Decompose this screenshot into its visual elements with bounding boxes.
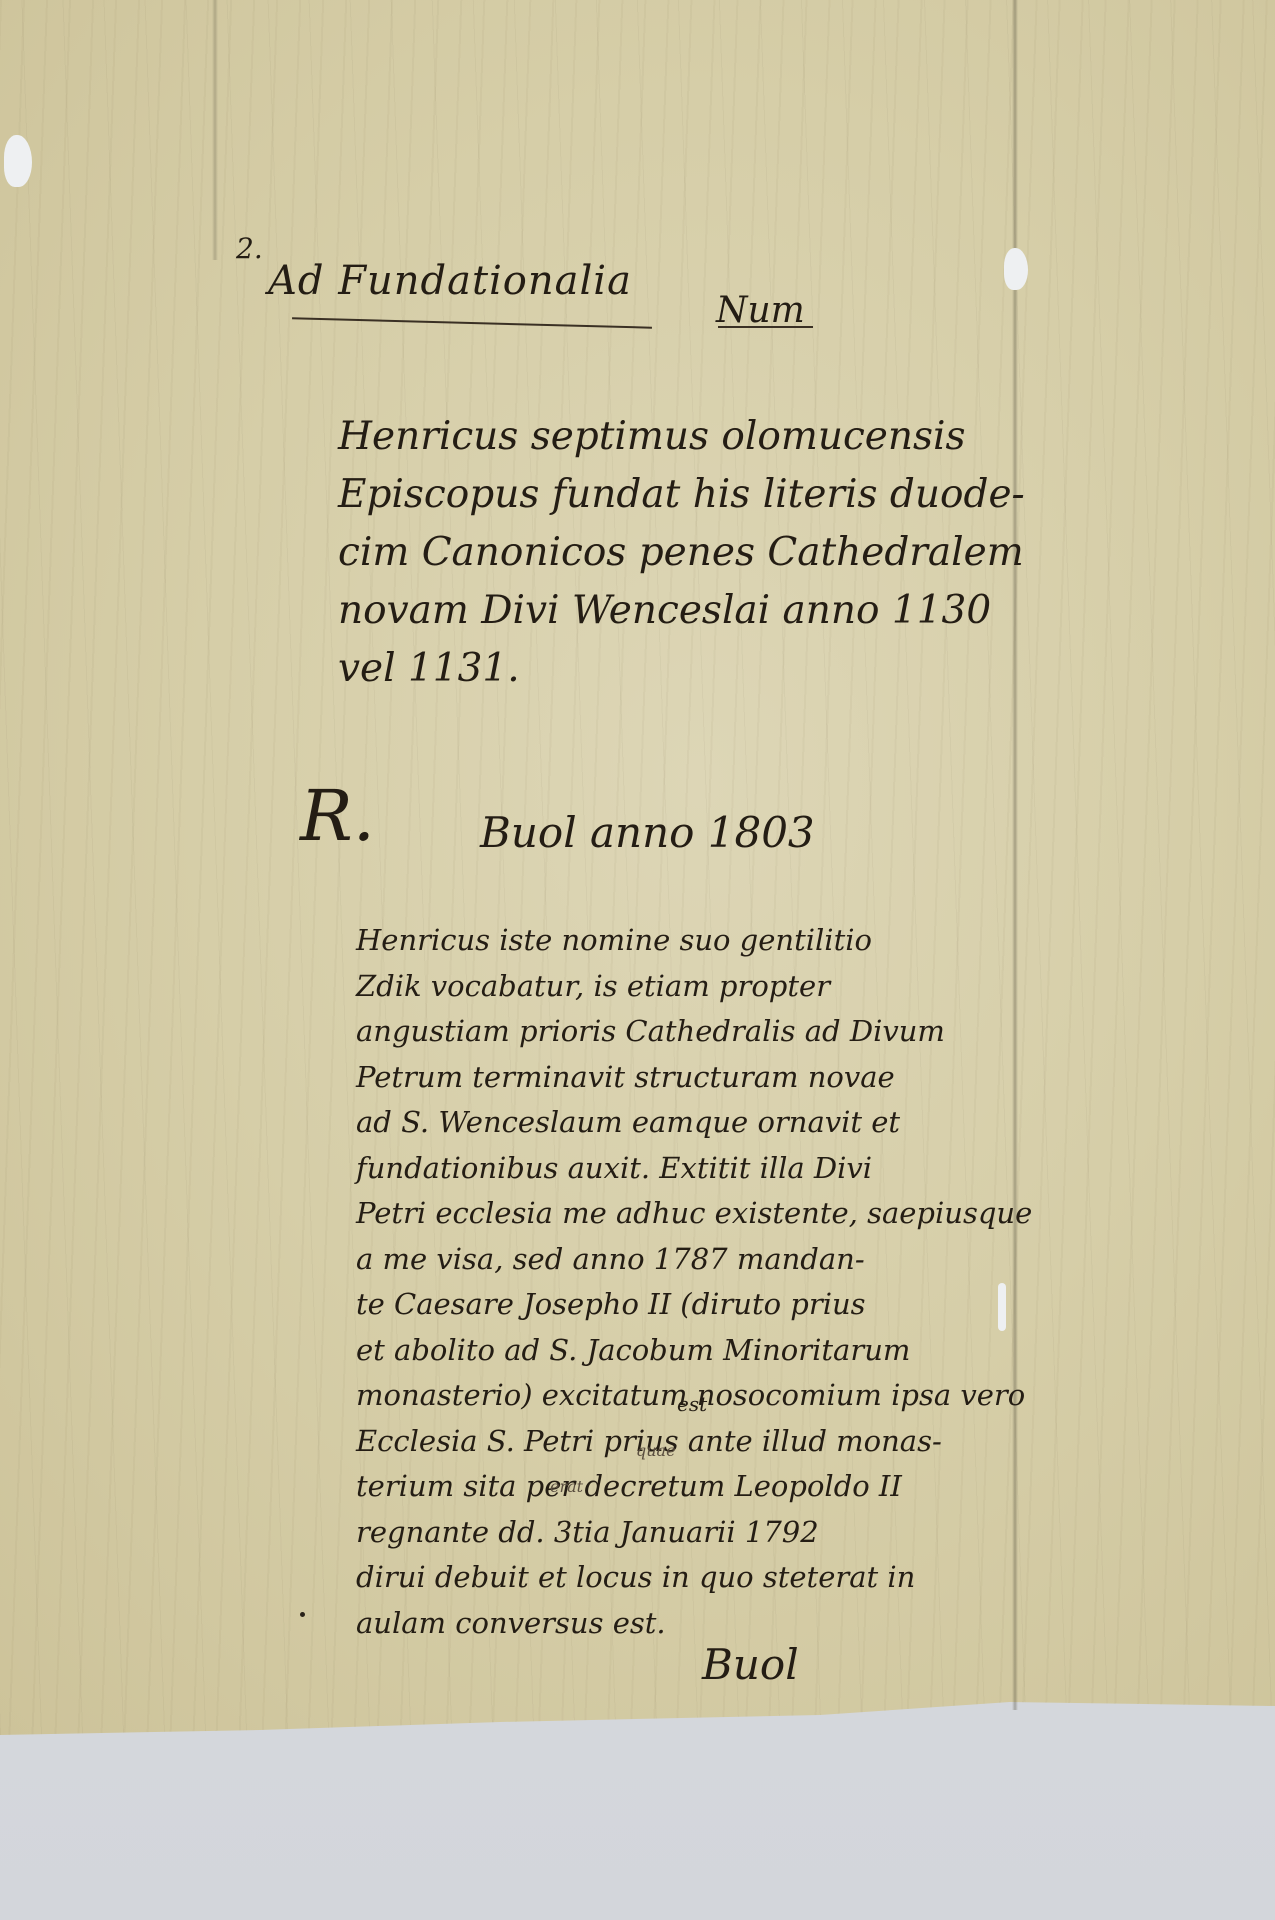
body-line: Petrum terminavit structuram novae bbox=[356, 1055, 1032, 1101]
num-underline bbox=[718, 326, 813, 328]
body-line: terium sita per decretum Leopoldo II bbox=[356, 1464, 1032, 1510]
interlinear-erat: erat bbox=[550, 1477, 583, 1496]
body-line: ad S. Wenceslaum eamque ornavit et bbox=[356, 1100, 1032, 1146]
interlinear-quae: quae bbox=[636, 1441, 676, 1460]
ink-dot bbox=[300, 1612, 305, 1617]
archive-num-label: Num bbox=[716, 290, 805, 331]
parchment-hole bbox=[1004, 248, 1028, 290]
abstract-line: cim Canonicos penes Cathedralem bbox=[338, 524, 1025, 582]
body-line: Zdik vocabatur, is etiam propter bbox=[356, 964, 1032, 1010]
body-line: Henricus iste nomine suo gentilitio bbox=[356, 918, 1032, 964]
body-line: te Caesare Josepho II (diruto prius bbox=[356, 1282, 1032, 1328]
body-line: angustiam prioris Cathedralis ad Divum bbox=[356, 1009, 1032, 1055]
response-body: Henricus iste nomine suo gentilitio Zdik… bbox=[356, 918, 1032, 1646]
archive-title: Ad Fundationalia bbox=[268, 258, 632, 304]
body-line: Ecclesia S. Petri prius ante illud monas… bbox=[356, 1419, 1032, 1465]
body-line: regnante dd. 3tia Januarii 1792 bbox=[356, 1510, 1032, 1556]
abstract-line: novam Divi Wenceslai anno 1130 bbox=[338, 582, 1025, 640]
response-mark: R. bbox=[300, 775, 375, 857]
body-line: dirui debuit et locus in quo steterat in bbox=[356, 1555, 1032, 1601]
abstract-line: Episcopus fundat his literis duode- bbox=[338, 466, 1025, 524]
body-line: aulam conversus est. bbox=[356, 1601, 1032, 1647]
archive-number: 2. bbox=[236, 232, 263, 265]
abstract-line: vel 1131. bbox=[338, 640, 1025, 698]
body-line: fundationibus auxit. Extitit illa Divi bbox=[356, 1146, 1032, 1192]
body-line: Petri ecclesia me adhuc existente, saepi… bbox=[356, 1191, 1032, 1237]
body-line: et abolito ad S. Jacobum Minoritarum bbox=[356, 1328, 1032, 1374]
signature: Buol bbox=[702, 1640, 799, 1689]
fold-crease-left bbox=[212, 0, 218, 260]
abstract-line: Henricus septimus olomucensis bbox=[338, 408, 1025, 466]
interlinear-est: est bbox=[677, 1392, 707, 1416]
response-heading: Buol anno 1803 bbox=[480, 808, 815, 857]
abstract-block: Henricus septimus olomucensis Episcopus … bbox=[338, 408, 1025, 698]
body-line: a me visa, sed anno 1787 mandan- bbox=[356, 1237, 1032, 1283]
parchment-hole bbox=[4, 135, 32, 187]
